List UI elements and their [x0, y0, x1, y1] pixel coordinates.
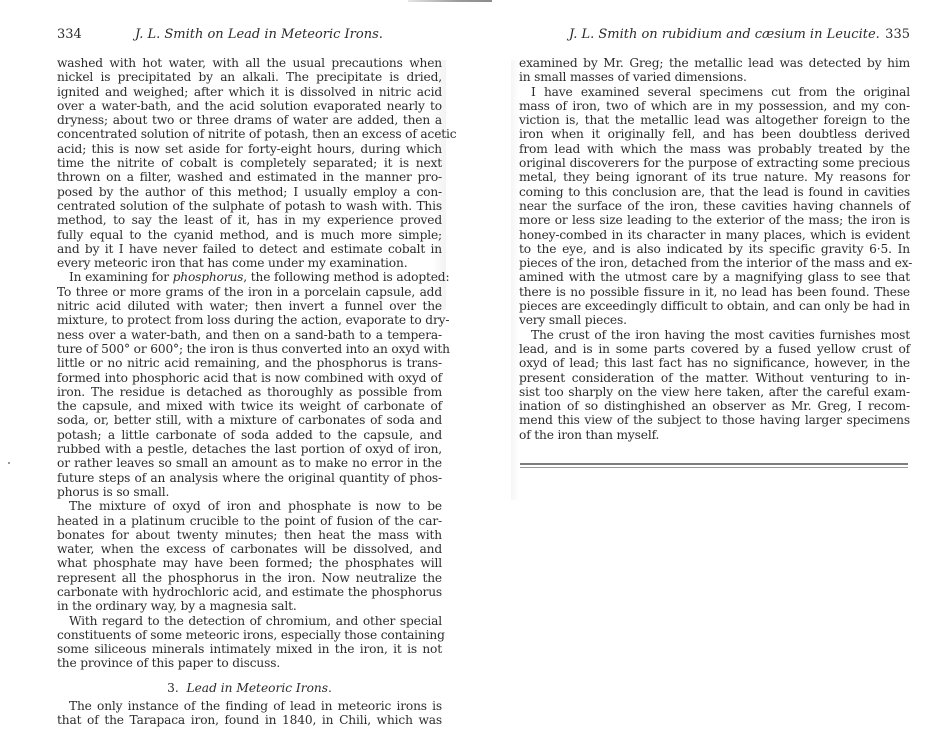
text-line: To three or more grams of the iron in a …: [57, 285, 442, 299]
text-line: every meteoric iron that has come under …: [57, 256, 442, 270]
text-line: viction is, that the metallic lead was a…: [519, 113, 910, 127]
text-line: that of the Tarapaca iron, found in 1840…: [57, 713, 442, 727]
text-line: examined by Mr. Greg; the metallic lead …: [519, 56, 910, 70]
text-line: represent all the phosphorus in the iron…: [57, 571, 442, 585]
text-line: very small pieces.: [519, 313, 910, 327]
text-line: in the ordinary way, by a magnesia salt.: [57, 599, 442, 613]
text-line: rubbed with a pestle, detaches the last …: [57, 442, 442, 456]
end-double-rule: [520, 463, 908, 468]
text-line: to the eye, and is also indicated by its…: [519, 242, 910, 256]
text-line: washed with hot water, with all the usua…: [57, 56, 442, 70]
text-line: potash; a little carbonate of soda added…: [57, 428, 442, 442]
text-line: formed into phosphoric acid that is now …: [57, 371, 442, 385]
text-line: more or less size leading to the exterio…: [519, 213, 910, 227]
text-line: phorus is so small.: [57, 485, 442, 499]
text-line: acid; this is now set aside for forty-ei…: [57, 142, 442, 156]
text-line: centrated solution of the sulphate of po…: [57, 199, 442, 213]
text-line: and by it I have never failed to detect …: [57, 242, 442, 256]
text-line: oxyd of lead; this last fact has no sign…: [519, 356, 910, 370]
text-line: sist too sharply on the view here taken,…: [519, 385, 910, 399]
text-line: thrown on a filter, washed and estimated…: [57, 170, 442, 184]
text-line: bonates for about twenty minutes; then h…: [57, 528, 442, 542]
left-text-column: washed with hot water, with all the usua…: [57, 56, 442, 727]
text-line: nickel is precipitated by an alkali. The…: [57, 70, 442, 84]
text-line: the province of this paper to discuss.: [57, 656, 442, 670]
text-line: posed by the author of this method; I us…: [57, 185, 442, 199]
text-line: I have examined several specimens cut fr…: [519, 85, 910, 99]
gutter-shadow: [511, 60, 519, 500]
text-line: future steps of an analysis where the or…: [57, 471, 442, 485]
text-line: heated in a platinum crucible to the poi…: [57, 514, 442, 528]
text-line: over a water-bath, and the acid solution…: [57, 99, 442, 113]
running-head-title: J. L. Smith on Lead in Meteoric Irons.: [135, 27, 383, 43]
page-number: 334: [57, 27, 82, 43]
text-line: pieces are exceedingly difficult to obta…: [519, 299, 910, 313]
text-line: nitric acid diluted with water; then inv…: [57, 299, 442, 313]
text-line: time the nitrite of cobalt is completely…: [57, 156, 442, 170]
text-line: ness over a water-bath, and then on a sa…: [57, 328, 442, 342]
page-number: 335: [885, 27, 910, 43]
right-text-column: examined by Mr. Greg; the metallic lead …: [519, 56, 910, 442]
text-line: near the surface of the iron, these cavi…: [519, 199, 910, 213]
text-line: some siliceous minerals intimately mixed…: [57, 642, 442, 656]
text-line: water, when the excess of carbonates wil…: [57, 542, 442, 556]
text-line: of the iron than myself.: [519, 428, 910, 442]
text-line: original discoverers for the purpose of …: [519, 156, 910, 170]
text-line: dryness; about two or three drams of wat…: [57, 113, 442, 127]
section-heading: 3. Lead in Meteoric Irons.: [57, 677, 442, 699]
text-line: little or no nitric acid remaining, and …: [57, 356, 442, 370]
text-line: constituents of some meteoric irons, esp…: [57, 628, 442, 642]
text-line: there is no possible fissure in it, no l…: [519, 285, 910, 299]
text-line: method, to say the least of it, has in m…: [57, 213, 442, 227]
text-line: ination of so distinghished an observer …: [519, 399, 910, 413]
text-line: the capsule, and mixed with twice its we…: [57, 399, 442, 413]
text-line: concentrated solution of nitrite of pota…: [57, 127, 442, 141]
text-line: honey-combed in its character in many pl…: [519, 228, 910, 242]
text-line: soda, or, better still, with a mixture o…: [57, 413, 442, 427]
text-line: The crust of the iron having the most ca…: [519, 328, 910, 342]
text-line: ture of 500° or 600°; the iron is thus c…: [57, 342, 442, 356]
text-line: The only instance of the finding of lead…: [57, 699, 442, 713]
text-line: lead, and is in some parts covered by a …: [519, 342, 910, 356]
text-line: fully equal to the cyanid method, and is…: [57, 228, 442, 242]
text-line: mass of iron, two of which are in my pos…: [519, 99, 910, 113]
italic-term: phosphorus: [173, 270, 244, 284]
text-line: from lead with which the mass was probab…: [519, 142, 910, 156]
text-line: pieces of the iron, detached from the in…: [519, 256, 910, 270]
text-line: With regard to the detection of chromium…: [57, 614, 442, 628]
text-line: in small masses of varied dimensions.: [519, 70, 910, 84]
text-line: ignited and weighed; after which it is d…: [57, 85, 442, 99]
text-line: iron when it originally fell, and has be…: [519, 127, 910, 141]
text-line: In examining for phosphorus, the followi…: [57, 270, 442, 284]
running-head-title: J. L. Smith on rubidium and cæsium in Le…: [569, 27, 880, 43]
text-line: mixture, to protect from loss during the…: [57, 313, 442, 327]
left-page: 334 J. L. Smith on Lead in Meteoric Iron…: [0, 0, 465, 750]
text-line: what phosphate may have been formed; the…: [57, 556, 442, 570]
text-line: iron. The residue is detached as thoroug…: [57, 385, 442, 399]
text-line: carbonate with hydrochloric acid, and es…: [57, 585, 442, 599]
scan-speck: [8, 462, 10, 464]
text-line: mend this view of the subject to those h…: [519, 413, 910, 427]
text-line: coming to this conclusion are, that the …: [519, 185, 910, 199]
text-line: or rather leaves so small an amount as t…: [57, 456, 442, 470]
text-line: The mixture of oxyd of iron and phosphat…: [57, 499, 442, 513]
text-line: amined with the utmost care by a magnify…: [519, 270, 910, 284]
text-line: present consideration of the matter. Wit…: [519, 371, 910, 385]
text-line: metal, they being ignorant of its true n…: [519, 170, 910, 184]
